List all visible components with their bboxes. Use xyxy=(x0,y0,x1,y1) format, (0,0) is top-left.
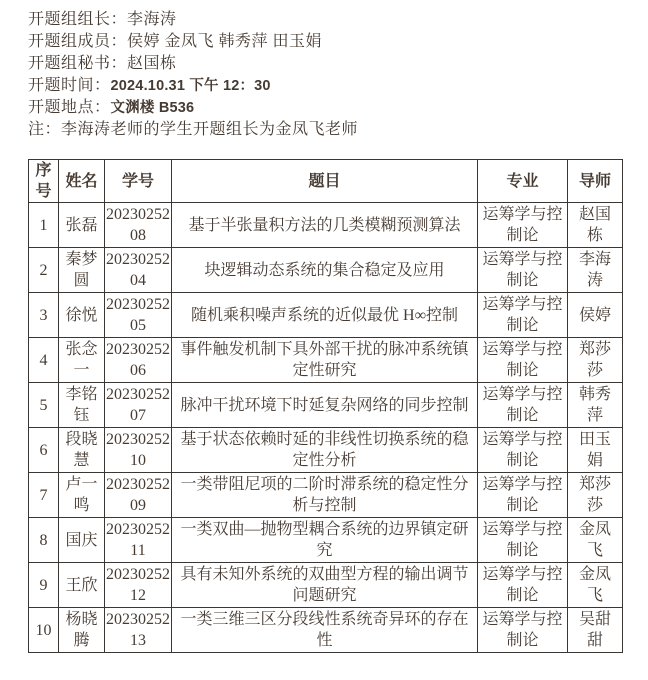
info-line-group-leader: 开题组组长：李海涛 xyxy=(28,9,648,31)
info-label: 开题组秘书： xyxy=(28,55,127,72)
info-label: 开题地点： xyxy=(28,99,111,116)
cell-student-id: 2023025206 xyxy=(105,338,172,383)
cell-name: 卢一鸣 xyxy=(59,473,105,518)
cell-major: 运筹学与控制论 xyxy=(478,608,568,653)
info-label: 开题时间： xyxy=(28,77,111,94)
cell-index: 8 xyxy=(29,518,59,563)
cell-name: 杨晓腾 xyxy=(59,608,105,653)
cell-index: 9 xyxy=(29,563,59,608)
cell-title: 基于状态依赖时延的非线性切换系统的稳定性分析 xyxy=(172,428,478,473)
cell-advisor: 田玉娟 xyxy=(568,428,623,473)
table-row: 4张念一2023025206事件触发机制下具外部干扰的脉冲系统镇定性研究运筹学与… xyxy=(29,338,623,383)
info-line-group-members: 开题组成员：侯婷 金凤飞 韩秀萍 田玉娟 xyxy=(28,31,648,53)
cell-student-id: 2023025207 xyxy=(105,383,172,428)
cell-student-id: 2023025213 xyxy=(105,608,172,653)
info-value: 赵国栋 xyxy=(127,55,177,72)
cell-major: 运筹学与控制论 xyxy=(478,203,568,248)
table-row: 7卢一鸣2023025209一类带阻尼项的二阶时滞系统的稳定性分析与控制运筹学与… xyxy=(29,473,623,518)
table-row: 9王欣2023025212具有未知外系统的双曲型方程的输出调节问题研究运筹学与控… xyxy=(29,563,623,608)
cell-name: 张磊 xyxy=(59,203,105,248)
cell-student-id: 2023025205 xyxy=(105,293,172,338)
cell-index: 3 xyxy=(29,293,59,338)
cell-major: 运筹学与控制论 xyxy=(478,383,568,428)
cell-index: 1 xyxy=(29,203,59,248)
cell-title: 具有未知外系统的双曲型方程的输出调节问题研究 xyxy=(172,563,478,608)
cell-major: 运筹学与控制论 xyxy=(478,248,568,293)
info-line-group-secretary: 开题组秘书：赵国栋 xyxy=(28,53,648,75)
cell-name: 徐悦 xyxy=(59,293,105,338)
info-label: 开题组成员： xyxy=(28,33,127,50)
proposal-table: 序号 姓名 学号 题目 专业 导师 1张磊2023025208基于半张量积方法的… xyxy=(28,159,623,653)
table-row: 8国庆2023025211一类双曲—抛物型耦合系统的边界镇定研究运筹学与控制论金… xyxy=(29,518,623,563)
cell-index: 2 xyxy=(29,248,59,293)
cell-title: 随机乘积噪声系统的近似最优 H∞控制 xyxy=(172,293,478,338)
info-value: 李海涛 xyxy=(127,11,177,28)
cell-student-id: 2023025210 xyxy=(105,428,172,473)
cell-name: 段晓慧 xyxy=(59,428,105,473)
cell-major: 运筹学与控制论 xyxy=(478,428,568,473)
cell-index: 5 xyxy=(29,383,59,428)
table-row: 3徐悦2023025205随机乘积噪声系统的近似最优 H∞控制运筹学与控制论侯婷 xyxy=(29,293,623,338)
table-row: 2秦梦圆2023025204块逻辑动态系统的集合稳定及应用运筹学与控制论李海涛 xyxy=(29,248,623,293)
table-header: 序号 姓名 学号 题目 专业 导师 xyxy=(29,160,623,203)
cell-advisor: 赵国栋 xyxy=(568,203,623,248)
info-value: 2024.10.31 下午 12：30 xyxy=(111,78,271,94)
cell-student-id: 2023025204 xyxy=(105,248,172,293)
header-cell-index: 序号 xyxy=(29,160,59,203)
info-line-location: 开题地点：文渊楼 B536 xyxy=(28,97,648,119)
page: { "colors": { "text": "#463b33", "border… xyxy=(0,0,648,680)
info-line-note: 注：李海涛老师的学生开题组长为金凤飞老师 xyxy=(28,119,648,141)
header-cell-major: 专业 xyxy=(478,160,568,203)
info-block: 开题组组长：李海涛 开题组成员：侯婷 金凤飞 韩秀萍 田玉娟 开题组秘书：赵国栋… xyxy=(28,9,648,141)
info-value: 侯婷 金凤飞 韩秀萍 田玉娟 xyxy=(127,33,322,50)
cell-title: 事件触发机制下具外部干扰的脉冲系统镇定性研究 xyxy=(172,338,478,383)
cell-name: 李铭钰 xyxy=(59,383,105,428)
header-cell-student-id: 学号 xyxy=(105,160,172,203)
table-row: 5李铭钰2023025207脉冲干扰环境下时延复杂网络的同步控制运筹学与控制论韩… xyxy=(29,383,623,428)
header-cell-title: 题目 xyxy=(172,160,478,203)
cell-name: 国庆 xyxy=(59,518,105,563)
info-value: 文渊楼 B536 xyxy=(111,100,195,116)
cell-student-id: 2023025208 xyxy=(105,203,172,248)
header-cell-name: 姓名 xyxy=(59,160,105,203)
table-row: 1张磊2023025208基于半张量积方法的几类模糊预测算法运筹学与控制论赵国栋 xyxy=(29,203,623,248)
cell-student-id: 2023025212 xyxy=(105,563,172,608)
info-line-time: 开题时间：2024.10.31 下午 12：30 xyxy=(28,75,648,97)
cell-advisor: 韩秀萍 xyxy=(568,383,623,428)
cell-major: 运筹学与控制论 xyxy=(478,338,568,383)
cell-title: 脉冲干扰环境下时延复杂网络的同步控制 xyxy=(172,383,478,428)
cell-index: 4 xyxy=(29,338,59,383)
cell-index: 6 xyxy=(29,428,59,473)
cell-advisor: 李海涛 xyxy=(568,248,623,293)
cell-major: 运筹学与控制论 xyxy=(478,518,568,563)
cell-advisor: 郑莎莎 xyxy=(568,473,623,518)
info-label: 开题组组长： xyxy=(28,11,127,28)
cell-advisor: 郑莎莎 xyxy=(568,338,623,383)
cell-index: 10 xyxy=(29,608,59,653)
cell-advisor: 侯婷 xyxy=(568,293,623,338)
cell-name: 秦梦圆 xyxy=(59,248,105,293)
info-label: 注： xyxy=(28,121,61,138)
cell-title: 块逻辑动态系统的集合稳定及应用 xyxy=(172,248,478,293)
table-header-row: 序号 姓名 学号 题目 专业 导师 xyxy=(29,160,623,203)
table-body: 1张磊2023025208基于半张量积方法的几类模糊预测算法运筹学与控制论赵国栋… xyxy=(29,203,623,653)
cell-student-id: 2023025211 xyxy=(105,518,172,563)
cell-advisor: 吴甜甜 xyxy=(568,608,623,653)
cell-name: 张念一 xyxy=(59,338,105,383)
cell-major: 运筹学与控制论 xyxy=(478,473,568,518)
cell-title: 一类三维三区分段线性系统奇异环的存在性 xyxy=(172,608,478,653)
table-row: 6段晓慧2023025210基于状态依赖时延的非线性切换系统的稳定性分析运筹学与… xyxy=(29,428,623,473)
cell-title: 基于半张量积方法的几类模糊预测算法 xyxy=(172,203,478,248)
header-cell-advisor: 导师 xyxy=(568,160,623,203)
table-row: 10杨晓腾2023025213一类三维三区分段线性系统奇异环的存在性运筹学与控制… xyxy=(29,608,623,653)
cell-name: 王欣 xyxy=(59,563,105,608)
cell-index: 7 xyxy=(29,473,59,518)
cell-title: 一类双曲—抛物型耦合系统的边界镇定研究 xyxy=(172,518,478,563)
cell-advisor: 金凤飞 xyxy=(568,518,623,563)
cell-major: 运筹学与控制论 xyxy=(478,563,568,608)
cell-student-id: 2023025209 xyxy=(105,473,172,518)
cell-title: 一类带阻尼项的二阶时滞系统的稳定性分析与控制 xyxy=(172,473,478,518)
cell-major: 运筹学与控制论 xyxy=(478,293,568,338)
info-value: 李海涛老师的学生开题组长为金凤飞老师 xyxy=(61,121,358,138)
cell-advisor: 金凤飞 xyxy=(568,563,623,608)
